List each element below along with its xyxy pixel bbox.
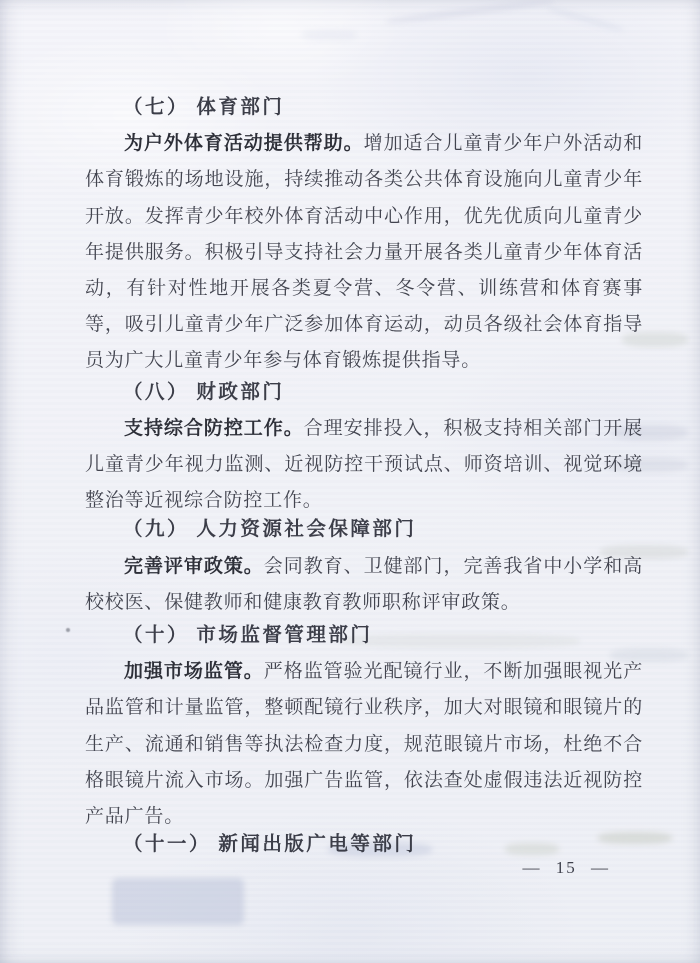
paragraph-lead: 支持综合防控工作。 <box>124 418 304 439</box>
bleedthrough-smudge <box>385 0 555 25</box>
paragraph-body: 严格监管验光配镜行业，不断加强眼视光产品监管和计量监管，整顿配镜行业秩序，加大对… <box>85 661 643 827</box>
paragraph-lead: 完善评审政策。 <box>124 556 264 577</box>
section-heading: （七） 体育部门 <box>85 90 643 126</box>
section-market-supervision-department: （十） 市场监督管理部门 加强市场监管。严格监管验光配镜行业，不断加强眼视光产品… <box>85 618 643 835</box>
paragraph-body: 增加适合儿童青少年户外活动和体育锻炼的场地设施，持续推动各类公共体育设施向儿童青… <box>85 133 643 371</box>
bleedthrough-smudge <box>112 878 244 925</box>
section-paragraph: 完善评审政策。会同教育、卫健部门，完善我省中小学和高校校医、保健教师和健康教育教… <box>85 549 643 621</box>
section-paragraph: 加强市场监管。严格监管验光配镜行业，不断加强眼视光产品监管和计量监管，整顿配镜行… <box>85 654 643 835</box>
section-paragraph: 支持综合防控工作。合理安排投入，积极支持相关部门开展儿童青少年视力监测、近视防控… <box>85 411 643 520</box>
section-heading: （九） 人力资源社会保障部门 <box>85 512 643 548</box>
page-number: — 15 — <box>523 858 611 878</box>
section-finance-department: （八） 财政部门 支持综合防控工作。合理安排投入，积极支持相关部门开展儿童青少年… <box>85 375 643 520</box>
section-paragraph: 为户外体育活动提供帮助。增加适合儿童青少年户外活动和体育锻炼的场地设施，持续推动… <box>85 126 643 379</box>
bleedthrough-smudge <box>546 5 625 33</box>
ink-speck <box>66 628 70 632</box>
scanned-document-page: （七） 体育部门 为户外体育活动提供帮助。增加适合儿童青少年户外活动和体育锻炼的… <box>0 0 700 963</box>
section-human-resources-department: （九） 人力资源社会保障部门 完善评审政策。会同教育、卫健部门，完善我省中小学和… <box>85 512 643 621</box>
bleedthrough-smudge <box>302 30 357 40</box>
section-sports-department: （七） 体育部门 为户外体育活动提供帮助。增加适合儿童青少年户外活动和体育锻炼的… <box>85 90 643 380</box>
paragraph-lead: 为户外体育活动提供帮助。 <box>124 133 364 154</box>
paragraph-lead: 加强市场监管。 <box>124 661 264 682</box>
section-heading: （八） 财政部门 <box>85 375 643 411</box>
section-heading: （十） 市场监督管理部门 <box>85 618 643 654</box>
document-body: （七） 体育部门 为户外体育活动提供帮助。增加适合儿童青少年户外活动和体育锻炼的… <box>85 90 643 863</box>
